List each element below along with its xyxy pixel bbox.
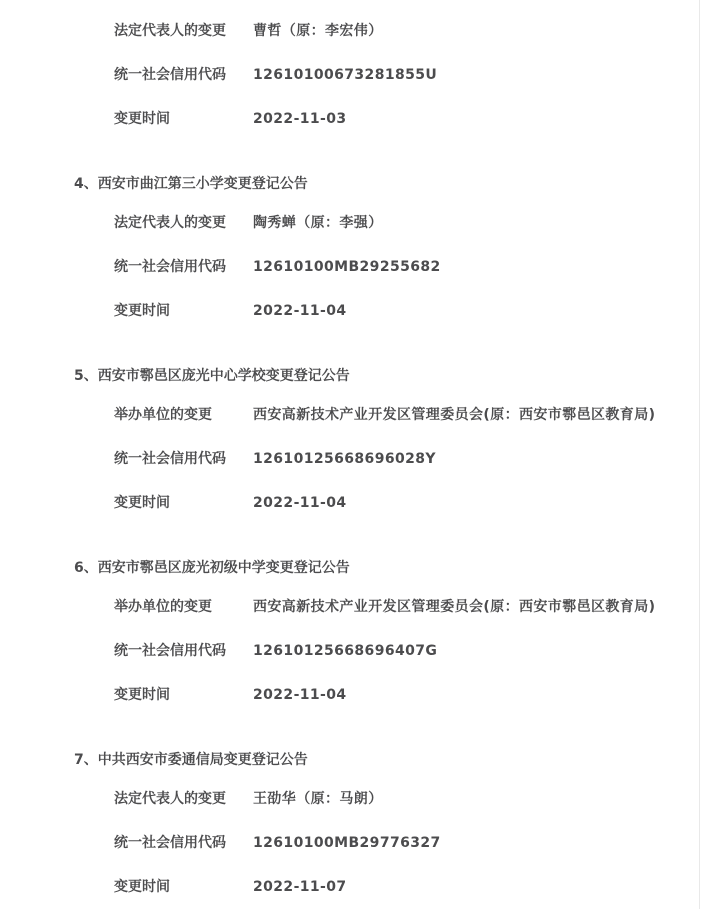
- section-heading: 4、西安市曲江第三小学变更登记公告: [74, 177, 685, 192]
- field-label: 变更时间: [114, 112, 253, 127]
- field-label: 法定代表人的变更: [114, 216, 253, 231]
- section-rows: 举办单位的变更 西安高新技术产业开发区管理委员会(原：西安市鄠邑区教育局) 统一…: [0, 408, 705, 511]
- field-value: 12610100MB29255682: [253, 260, 695, 275]
- field-label: 变更时间: [114, 880, 253, 895]
- section-rows: 法定代表人的变更 曹哲（原：李宏伟） 统一社会信用代码 126101006732…: [0, 24, 705, 127]
- field-value: 曹哲（原：李宏伟）: [253, 24, 695, 39]
- field-value: 2022-11-04: [253, 304, 695, 319]
- section-rows: 举办单位的变更 西安高新技术产业开发区管理委员会(原：西安市鄠邑区教育局) 统一…: [0, 600, 705, 703]
- announcement-section: 5、西安市鄠邑区庞光中心学校变更登记公告 举办单位的变更 西安高新技术产业开发区…: [0, 369, 705, 511]
- announcement-section: 7、中共西安市委通信局变更登记公告 法定代表人的变更 王劭华（原：马朗） 统一社…: [0, 753, 705, 895]
- field-row: 变更时间 2022-11-07: [114, 880, 695, 895]
- field-value: 西安高新技术产业开发区管理委员会(原：西安市鄠邑区教育局): [253, 408, 695, 423]
- section-rows: 法定代表人的变更 王劭华（原：马朗） 统一社会信用代码 12610100MB29…: [0, 792, 705, 895]
- field-label: 统一社会信用代码: [114, 836, 253, 851]
- field-row: 统一社会信用代码 12610100MB29776327: [114, 836, 695, 851]
- field-value: 2022-11-07: [253, 880, 695, 895]
- field-row: 举办单位的变更 西安高新技术产业开发区管理委员会(原：西安市鄠邑区教育局): [114, 600, 695, 615]
- field-label: 统一社会信用代码: [114, 68, 253, 83]
- field-value: 12610125668696028Y: [253, 452, 695, 467]
- field-row: 变更时间 2022-11-04: [114, 496, 695, 511]
- section-heading: 6、西安市鄠邑区庞光初级中学变更登记公告: [74, 561, 685, 576]
- field-label: 举办单位的变更: [114, 408, 253, 423]
- announcement-document-page: 法定代表人的变更 曹哲（原：李宏伟） 统一社会信用代码 126101006732…: [0, 0, 705, 909]
- field-row: 统一社会信用代码 12610100MB29255682: [114, 260, 695, 275]
- section-rows: 法定代表人的变更 陶秀蝉（原：李强） 统一社会信用代码 12610100MB29…: [0, 216, 705, 319]
- field-value: 12610100MB29776327: [253, 836, 695, 851]
- field-row: 法定代表人的变更 曹哲（原：李宏伟）: [114, 24, 695, 39]
- section-heading: 5、西安市鄠邑区庞光中心学校变更登记公告: [74, 369, 685, 384]
- field-label: 统一社会信用代码: [114, 260, 253, 275]
- field-value: 陶秀蝉（原：李强）: [253, 216, 695, 231]
- announcement-section: 6、西安市鄠邑区庞光初级中学变更登记公告 举办单位的变更 西安高新技术产业开发区…: [0, 561, 705, 703]
- field-value: 西安高新技术产业开发区管理委员会(原：西安市鄠邑区教育局): [253, 600, 695, 615]
- field-row: 法定代表人的变更 王劭华（原：马朗）: [114, 792, 695, 807]
- announcement-section: 4、西安市曲江第三小学变更登记公告 法定代表人的变更 陶秀蝉（原：李强） 统一社…: [0, 177, 705, 319]
- field-value: 2022-11-04: [253, 496, 695, 511]
- field-row: 变更时间 2022-11-04: [114, 304, 695, 319]
- document-body: { "page": { "background": "#ffffff", "te…: [0, 0, 705, 909]
- section-heading: 7、中共西安市委通信局变更登记公告: [74, 753, 685, 768]
- field-row: 变更时间 2022-11-03: [114, 112, 695, 127]
- field-row: 变更时间 2022-11-04: [114, 688, 695, 703]
- field-value: 12610125668696407G: [253, 644, 695, 659]
- field-value: 2022-11-04: [253, 688, 695, 703]
- field-label: 变更时间: [114, 688, 253, 703]
- field-label: 举办单位的变更: [114, 600, 253, 615]
- field-value: 12610100673281855U: [253, 68, 695, 83]
- field-label: 统一社会信用代码: [114, 452, 253, 467]
- field-row: 统一社会信用代码 12610100673281855U: [114, 68, 695, 83]
- field-label: 变更时间: [114, 496, 253, 511]
- field-value: 王劭华（原：马朗）: [253, 792, 695, 807]
- page-right-edge-line: [699, 0, 700, 909]
- announcement-section: 法定代表人的变更 曹哲（原：李宏伟） 统一社会信用代码 126101006732…: [0, 24, 705, 127]
- field-row: 举办单位的变更 西安高新技术产业开发区管理委员会(原：西安市鄠邑区教育局): [114, 408, 695, 423]
- field-label: 变更时间: [114, 304, 253, 319]
- field-row: 统一社会信用代码 12610125668696028Y: [114, 452, 695, 467]
- field-row: 法定代表人的变更 陶秀蝉（原：李强）: [114, 216, 695, 231]
- field-label: 法定代表人的变更: [114, 792, 253, 807]
- field-label: 法定代表人的变更: [114, 24, 253, 39]
- sections-container: 法定代表人的变更 曹哲（原：李宏伟） 统一社会信用代码 126101006732…: [0, 24, 705, 895]
- field-label: 统一社会信用代码: [114, 644, 253, 659]
- field-value: 2022-11-03: [253, 112, 695, 127]
- field-row: 统一社会信用代码 12610125668696407G: [114, 644, 695, 659]
